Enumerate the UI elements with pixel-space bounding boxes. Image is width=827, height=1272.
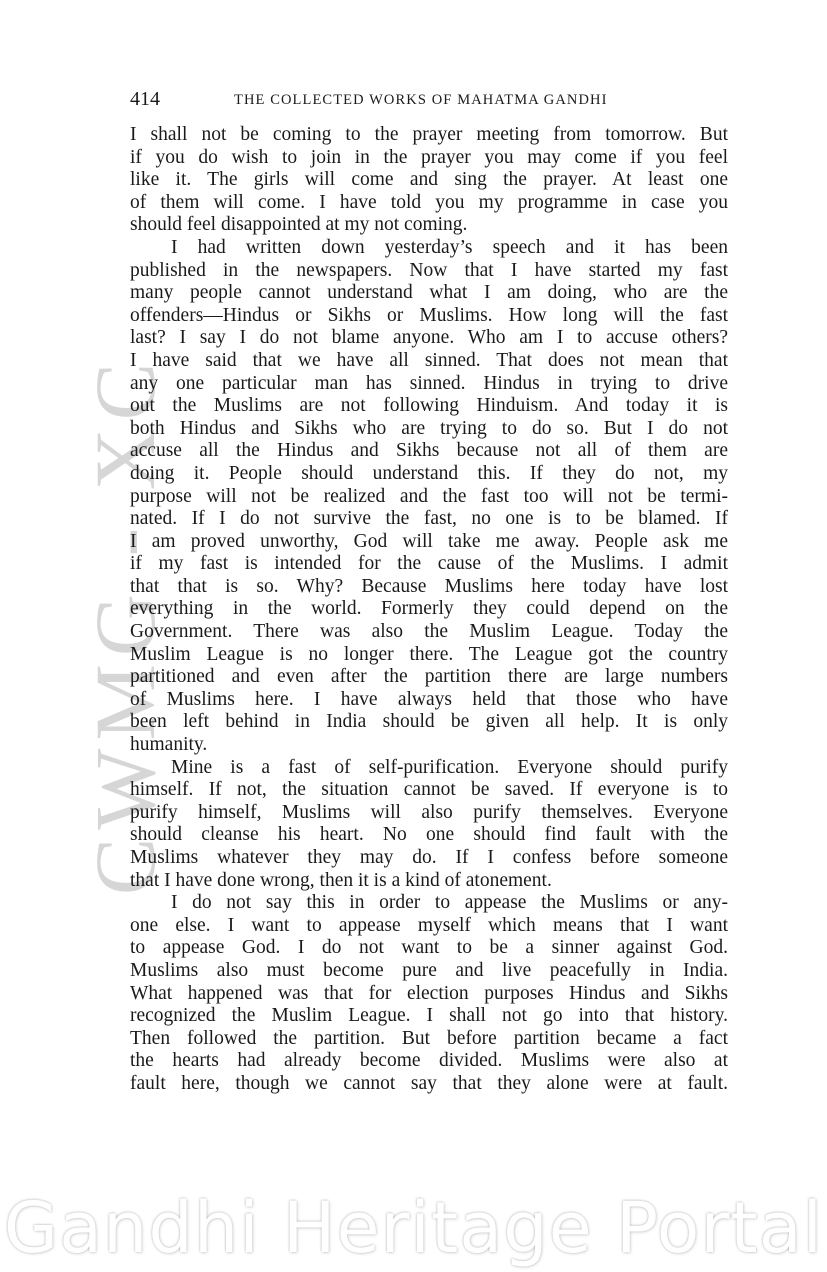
text-line: purpose will not be realized and the fas… [130, 486, 728, 509]
text-line: I am proved unworthy, God will take me a… [130, 531, 728, 554]
text-line: What happened was that for election purp… [130, 983, 728, 1006]
text-line: accuse all the Hindus and Sikhs because … [130, 440, 728, 463]
text-line: one else. I want to appease myself which… [130, 915, 728, 938]
text-line: Government. There was also the Muslim Le… [130, 621, 728, 644]
body-text: I shall not be coming to the prayer meet… [130, 124, 728, 1096]
text-line: Then followed the partition. But before … [130, 1028, 728, 1051]
text-line: that that is so. Why? Because Muslims he… [130, 576, 728, 599]
text-line: fault here, though we cannot say that th… [130, 1073, 728, 1096]
text-line: both Hindus and Sikhs who are trying to … [130, 418, 728, 441]
text-line: many people cannot understand what I am … [130, 282, 728, 305]
text-line: that I have done wrong, then it is a kin… [130, 870, 728, 893]
text-line: I have said that we have all sinned. Tha… [130, 350, 728, 373]
text-line: recognized the Muslim League. I shall no… [130, 1005, 728, 1028]
text-line: of Muslims here. I have always held that… [130, 689, 728, 712]
text-line: I shall not be coming to the prayer meet… [130, 124, 728, 147]
text-line: any one particular man has sinned. Hindu… [130, 373, 728, 396]
text-line: doing it. People should understand this.… [130, 463, 728, 486]
text-line: out the Muslims are not following Hindui… [130, 395, 728, 418]
text-line: everything in the world. Formerly they c… [130, 598, 728, 621]
text-line: if you do wish to join in the prayer you… [130, 147, 728, 170]
running-head: 414 THE COLLECTED WORKS OF MAHATMA GANDH… [130, 88, 727, 110]
text-line: should feel disappointed at my not comin… [130, 214, 728, 237]
document-page: CWMG - XC 414 THE COLLECTED WORKS OF MAH… [0, 0, 827, 1272]
running-title: THE COLLECTED WORKS OF MAHATMA GANDHI [234, 91, 608, 109]
text-line: Mine is a fast of self-purification. Eve… [130, 757, 728, 780]
text-line: himself. If not, the situation cannot be… [130, 779, 728, 802]
text-line: partitioned and even after the partition… [130, 666, 728, 689]
text-line: to appease God. I do not want to be a si… [130, 937, 728, 960]
paragraph: I shall not be coming to the prayer meet… [130, 124, 728, 237]
text-line: I do not say this in order to appease th… [130, 892, 728, 915]
text-line: purify himself, Muslims will also purify… [130, 802, 728, 825]
paragraph: I had written down yesterday’s speech an… [130, 237, 728, 757]
text-line: like it. The girls will come and sing th… [130, 169, 728, 192]
page-number: 414 [130, 88, 160, 110]
text-line: if my fast is intended for the cause of … [130, 553, 728, 576]
text-line: Muslims whatever they may do. If I confe… [130, 847, 728, 870]
text-line: humanity. [130, 734, 728, 757]
text-line: should cleanse his heart. No one should … [130, 824, 728, 847]
text-line: the hearts had already become divided. M… [130, 1050, 728, 1073]
paragraph: I do not say this in order to appease th… [130, 892, 728, 1095]
text-line: published in the newspapers. Now that I … [130, 260, 728, 283]
text-line: I had written down yesterday’s speech an… [130, 237, 728, 260]
text-line: last? I say I do not blame anyone. Who a… [130, 327, 728, 350]
text-line: Muslim League is no longer there. The Le… [130, 644, 728, 667]
text-line: been left behind in India should be give… [130, 711, 728, 734]
text-line: of them will come. I have told you my pr… [130, 192, 728, 215]
text-line: Muslims also must become pure and live p… [130, 960, 728, 983]
paragraph: Mine is a fast of self-purification. Eve… [130, 757, 728, 893]
text-line: offenders—Hindus or Sikhs or Muslims. Ho… [130, 305, 728, 328]
text-line: nated. If I do not survive the fast, no … [130, 508, 728, 531]
footer-watermark: Gandhi Heritage Portal [0, 1188, 827, 1268]
